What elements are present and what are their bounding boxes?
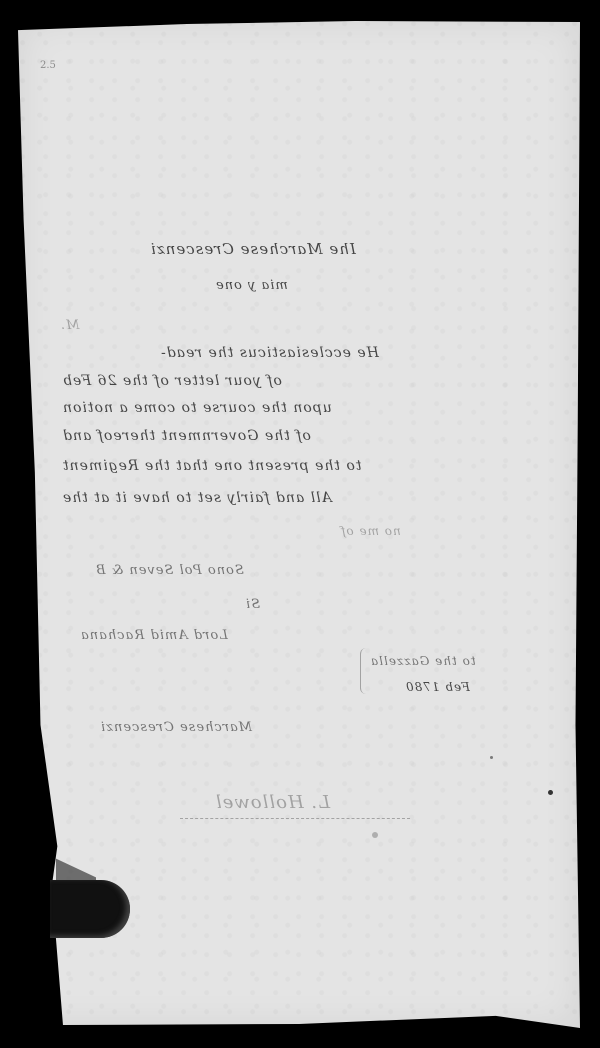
body-line: no me of	[340, 524, 401, 538]
ink-spot	[372, 832, 378, 838]
signature: L. Hollowel	[215, 792, 330, 813]
binder-clip	[50, 880, 130, 938]
right-note-line: to the Gazzella	[370, 654, 476, 668]
corner-mark: 2.5	[40, 60, 56, 71]
signature-rule	[180, 818, 410, 819]
body-line: He ecclesiasticus the read-	[160, 345, 379, 361]
address-line-2: mia y one	[215, 278, 288, 293]
closing-line: Si	[245, 597, 260, 612]
bracket-mark	[360, 648, 367, 694]
body-line: upon the course to come a notion	[62, 400, 332, 416]
address-line-1: Ihe Marchese Crescenzi	[150, 240, 356, 258]
addressee-line: Marchese Crescenzi	[100, 720, 252, 735]
right-note-date: Feb 1780	[405, 680, 470, 694]
closing-line: Sono Pol Seven & B	[95, 563, 244, 578]
body-line: of the Government thereof and	[62, 428, 311, 444]
salutation: M.	[60, 318, 79, 333]
closing-line: Lord Amid Rachana	[80, 628, 228, 643]
body-line: All and fairly set to have it at the	[62, 490, 332, 506]
document-page	[18, 18, 580, 1028]
ink-spot	[490, 756, 493, 759]
body-line: to the present one that the Regiment	[62, 458, 361, 474]
ink-spot	[548, 790, 553, 795]
body-line: of your letter of the 26 Feb	[62, 373, 282, 389]
